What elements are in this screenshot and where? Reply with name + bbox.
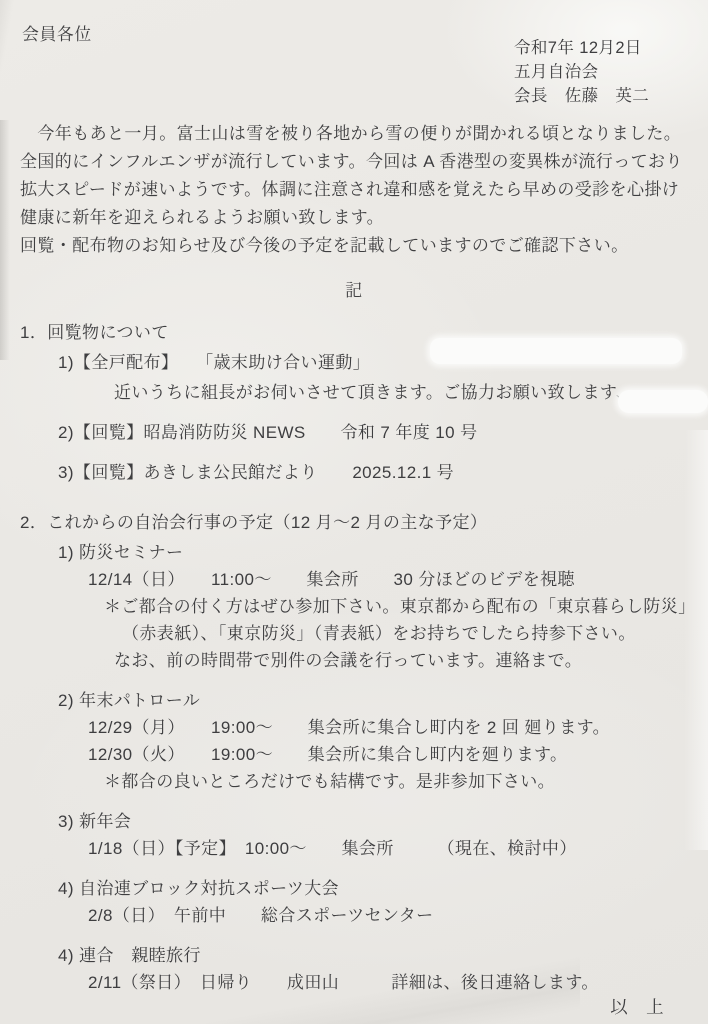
redaction-mark	[618, 390, 708, 413]
letter-header-right: 令和7年 12月2日 五月自治会 会長 佐藤 英二	[514, 36, 649, 108]
document-line: 3) 新年会	[0, 811, 708, 833]
intro-line: 今年もあと一月。富士山は雪を被り各地から雪の便りが聞かれる頃となりました。	[20, 120, 700, 148]
recipient-line: 会員各位	[22, 20, 92, 45]
document-line: 2)【回覧】昭島消防防災 NEWS 令和 7 年度 10 号	[0, 422, 708, 444]
document-line: 12/30（火） 19:00～ 集会所に集合し町内を廻ります。	[0, 744, 708, 766]
document-line: 4) 連合 親睦旅行	[0, 945, 708, 967]
intro-line: 全国的にインフルエンザが流行しています。今回は A 香港型の変異株が流行っており	[20, 148, 700, 176]
document-line: 近いうちに組長がお伺いさせて頂きます。ご協力お願い致します、	[0, 382, 708, 404]
association-name: 五月自治会	[514, 60, 649, 84]
document-line: なお、前の時間帯で別件の会議を行っています。連絡まで。	[0, 650, 708, 672]
signer-name: 会長 佐藤 英二	[514, 84, 649, 108]
scanned-letter-page: 会員各位 令和7年 12月2日 五月自治会 会長 佐藤 英二 今年もあと一月。富…	[0, 0, 708, 1024]
intro-line: 回覧・配布物のお知らせ及び今後の予定を記載していますのでご確認下さい。	[20, 232, 700, 260]
document-body: 1．回覧物について1)【全戸配布】 「歳末助け合い運動」近いうちに組長がお伺いさ…	[0, 322, 708, 994]
intro-paragraph: 今年もあと一月。富士山は雪を被り各地から雪の便りが聞かれる頃となりました。全国的…	[20, 120, 700, 260]
document-line: 2/11（祭日） 日帰り 成田山 詳細は、後日連絡します。	[0, 972, 708, 994]
document-line: 1/18（日）【予定】 10:00～ 集会所 （現在、検討中）	[0, 838, 708, 860]
document-line: 12/29（月） 19:00～ 集会所に集合し町内を 2 回 廻ります。	[0, 717, 708, 739]
document-line: 12/14（日） 11:00～ 集会所 30 分ほどのビデを視聴	[0, 569, 708, 591]
letter-date: 令和7年 12月2日	[514, 36, 649, 60]
closing-word: 以 上	[610, 994, 664, 1019]
document-line: 2/8（日） 午前中 総合スポーツセンター	[0, 905, 708, 927]
intro-line: 拡大スピードが速いようです。体調に注意され違和感を覚えたら早めの受診を心掛け	[20, 176, 700, 204]
document-line: ＊都合の良いところだけでも結構です。是非参加下さい。	[0, 771, 708, 793]
redaction-mark	[430, 338, 682, 364]
document-line: 4) 自治連ブロック対抗スポーツ大会	[0, 878, 708, 900]
document-line: 3)【回覧】あきしま公民館だより 2025.12.1 号	[0, 462, 708, 484]
document-line: ＊ご都合の付く方はぜひ参加下さい。東京都から配布の「東京暮らし防災」	[0, 596, 708, 618]
intro-line: 健康に新年を迎えられるようお願い致します。	[20, 204, 700, 232]
document-line: 2．これからの自治会行事の予定（12 月～2 月の主な予定）	[0, 512, 708, 534]
document-line: 2) 年末パトロール	[0, 690, 708, 712]
document-line: 1) 防災セミナー	[0, 542, 708, 564]
record-marker: 記	[0, 276, 708, 301]
document-line: （赤表紙）、「東京防災」（青表紙）をお持ちでしたら持参下さい。	[0, 623, 708, 645]
